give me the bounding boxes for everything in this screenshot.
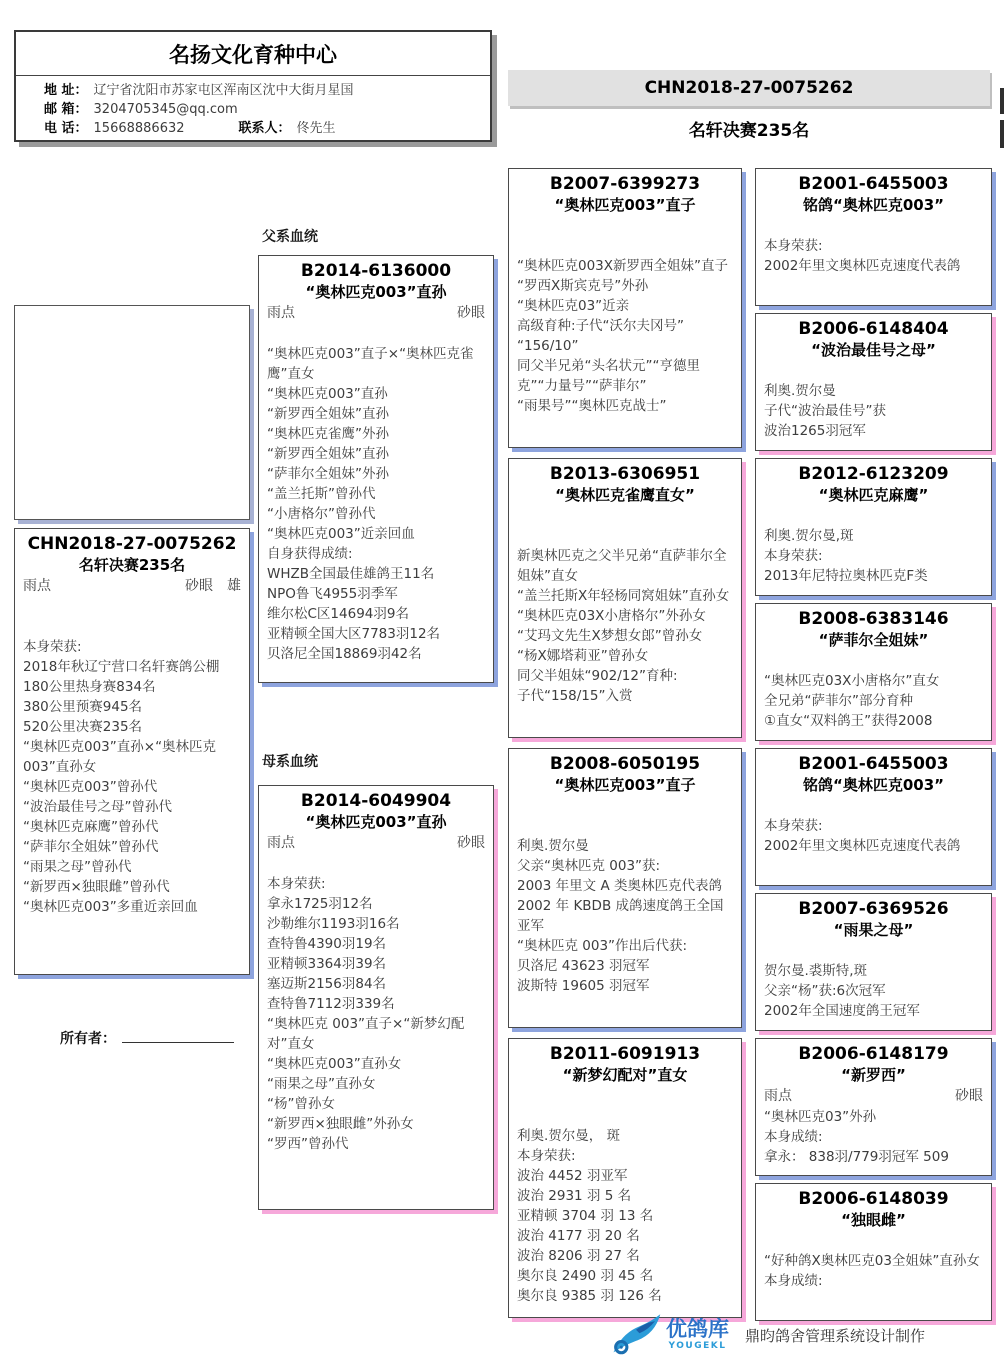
pedigree-line: [517, 216, 733, 236]
pedigree-line: 同父半姐妹“902/12”育种:: [517, 666, 733, 686]
pedigree-line: 沙勒维尔1193羽16名: [267, 914, 485, 934]
grandparents-column: B2007-6399273 “奥林匹克003”直子 “奥林匹克003X新罗西全姐…: [508, 168, 742, 1328]
pigeon-name: “奥林匹克003”直孙: [267, 812, 485, 833]
pedigree-line: 拿永： 838羽/779羽冠军 509: [764, 1147, 983, 1167]
pedigree-box: B2007-6399273 “奥林匹克003”直子 “奥林匹克003X新罗西全姐…: [508, 168, 742, 448]
pedigree-lines: 本身荣获:2002年里文奥林匹克速度代表鸽: [764, 216, 983, 276]
race-result-title: 名轩决赛235名: [508, 116, 990, 141]
pedigree-line: 2003 年里文 A 类奥林匹克代表鸽: [517, 876, 733, 896]
address-value: 辽宁省沈阳市苏家屯区浑南区沈中大街月星国: [94, 83, 354, 98]
pedigree-line: 子代“波治最佳号”获: [764, 401, 983, 421]
pedigree-line: “雨果号”“奥林匹克战士”: [517, 396, 733, 416]
pedigree-line: 亚精顿全国大区7783羽12名: [267, 624, 485, 644]
pigeon-name: “新梦幻配对”直女: [517, 1065, 733, 1086]
pedigree-line: [517, 1086, 733, 1106]
pedigree-line: “156/10”: [517, 336, 733, 356]
pedigree-line: [764, 1231, 983, 1251]
feather-eye-row: 雨点 砂眼: [764, 1086, 983, 1107]
feather-eye-row: 雨点 砂眼: [267, 303, 485, 324]
pedigree-line: 利奥.贺尔曼: [517, 836, 733, 856]
pedigree-lines: 本身荣获:拿永1725羽12名沙勒维尔1193羽16名查特鲁4390羽19名亚精…: [267, 854, 485, 1154]
pedigree-box: B2001-6455003 铭鸽“奥林匹克003” 本身荣获:2002年里文奥林…: [755, 748, 992, 886]
mother-box: B2014-6049904 “奥林匹克003”直孙 雨点 砂眼 本身荣获:拿永1…: [258, 785, 494, 1210]
pedigree-line: “奥林匹克 003”作出后代获:: [517, 936, 733, 956]
pedigree-box: CHN2018-27-0075262 名轩决赛235名 雨点 砂眼 雄 本身荣获…: [14, 528, 250, 975]
pedigree-line: “小唐格尔”曾孙代: [267, 504, 485, 524]
pedigree-line: “奥林匹克003”曾孙代: [23, 777, 241, 797]
pedigree-line: “奥林匹克003”多重近亲回血: [23, 897, 241, 917]
pedigree-line: 亚精顿3364羽39名: [267, 954, 485, 974]
email-label: 邮 箱：: [44, 102, 88, 117]
pigeon-name: “奥林匹克雀鹰直女”: [517, 485, 733, 506]
pedigree-box: B2006-6148404 “波治最佳号之母” 利奥.贺尔曼子代“波治最佳号”获…: [755, 313, 992, 451]
pedigree-line: ①直女“双料鸽王”获得2008: [764, 711, 983, 731]
pedigree-line: “奥林匹克003”直孙: [267, 384, 485, 404]
feather-eye-row: 雨点 砂眼 雄: [23, 576, 241, 597]
mother-line-label: 母系血统: [262, 751, 318, 771]
pedigree-line: “奥林匹克003X新罗西全姐妹”直子: [517, 256, 733, 276]
pigeon-name: 铭鸽“奥林匹克003”: [764, 775, 983, 796]
pedigree-line: “盖兰托斯”曾孙代: [267, 484, 485, 504]
pedigree-line: [267, 324, 485, 344]
pedigree-line: [764, 796, 983, 816]
pedigree-line: [764, 941, 983, 961]
pedigree-line: 本身荣获:: [23, 637, 241, 657]
address-label: 地 址：: [44, 83, 88, 98]
pedigree-line: 贝洛尼全国18869羽42名: [267, 644, 485, 664]
pedigree-line: “雨果之母”曾孙代: [23, 857, 241, 877]
pedigree-line: 查特鲁4390羽19名: [267, 934, 485, 954]
pedigree-line: NPO鲁飞4955羽季军: [267, 584, 485, 604]
eye-color: 砂眼: [457, 833, 485, 854]
pigeon-name: “奥林匹克麻鹰”: [764, 485, 983, 506]
pedigree-line: 2018年秋辽宁营口名轩赛鸽公棚: [23, 657, 241, 677]
pedigree-line: “奥林匹克003”直子×“奥林匹克雀鹰”直女: [267, 344, 485, 384]
pedigree-line: 塞迈斯2156羽84名: [267, 974, 485, 994]
pigeon-name: “奥林匹克003”直子: [517, 195, 733, 216]
feather-color: 雨点: [764, 1086, 792, 1107]
pedigree-line: 父亲“奥林匹克 003”获:: [517, 856, 733, 876]
pedigree-lines: 利奥.贺尔曼子代“波治最佳号”获波治1265羽冠军: [764, 361, 983, 441]
pedigree-box: B2006-6148179 “新罗西” 雨点 砂眼 “奥林匹克03”外孙本身成绩…: [755, 1038, 992, 1176]
ring-number: CHN2018-27-0075262: [23, 533, 241, 555]
pedigree-line: 新奥林匹克之父半兄弟“直萨菲尔全姐妹”直女: [517, 546, 733, 586]
pedigree-line: “杨X娜塔莉亚”曾孙女: [517, 646, 733, 666]
pedigree-box: B2008-6050195 “奥林匹克003”直子 利奥.贺尔曼父亲“奥林匹克 …: [508, 748, 742, 1028]
pedigree-line: “奥林匹克003”直孙×“奥林匹克003”直孙女: [23, 737, 241, 777]
father-line-label: 父系血统: [262, 226, 318, 246]
pedigree-line: [764, 651, 983, 671]
feather-color: 雨点: [267, 303, 295, 324]
pedigree-lines: 贺尔曼.裘斯特,斑父亲“杨”获:6次冠军2002年全国速度鸽王冠军: [764, 941, 983, 1021]
pedigree-line: “萨菲尔全姐妹”曾孙代: [23, 837, 241, 857]
company-name: 名扬文化育种中心: [16, 32, 490, 75]
pedigree-line: “新罗西×独眼雌”外孙女: [267, 1114, 485, 1134]
address-row: 地 址：辽宁省沈阳市苏家屯区浑南区沈中大街月星国: [44, 81, 490, 100]
ring-number: B2006-6148404: [764, 318, 983, 340]
email-row: 邮 箱：3204705345@qq.com: [44, 100, 490, 119]
pedigree-line: 维尔松C区14694羽9名: [267, 604, 485, 624]
pedigree-line: “新罗西全姐妹”直孙: [267, 404, 485, 424]
ring-number: B2008-6383146: [764, 608, 983, 630]
pedigree-line: [517, 1106, 733, 1126]
pedigree-line: “艾玛文先生X梦想女郎”曾孙女: [517, 626, 733, 646]
pedigree-line: 本身成绩:: [764, 1127, 983, 1147]
pedigree-line: 全兄弟“萨菲尔”部分育种: [764, 691, 983, 711]
pedigree-lines: “好种鸽X奥林匹克03全姐妹”直孙女本身成绩:: [764, 1231, 983, 1291]
pedigree-lines: 本身荣获:2018年秋辽宁营口名轩赛鸽公棚180公里热身赛834名380公里预赛…: [23, 597, 241, 917]
pedigree-box: B2007-6369526 “雨果之母” 贺尔曼.裘斯特,斑父亲“杨”获:6次冠…: [755, 893, 992, 1031]
ring-number: B2007-6399273: [517, 173, 733, 195]
contact-label: 联系人：: [239, 121, 291, 136]
pedigree-line: “新罗西×独眼雌”曾孙代: [23, 877, 241, 897]
ring-number: B2008-6050195: [517, 753, 733, 775]
pedigree-lines: “奥林匹克003”直子×“奥林匹克雀鹰”直女“奥林匹克003”直孙“新罗西全姐妹…: [267, 324, 485, 664]
pigeon-name: “奥林匹克003”直孙: [267, 282, 485, 303]
footer: 优鸽库 YOUGEKL 鼎昀鸽舍管理系统设计制作: [610, 1312, 925, 1358]
pedigree-line: 2002年全国速度鸽王冠军: [764, 1001, 983, 1021]
pedigree-lines: “奥林匹克03”外孙本身成绩:拿永： 838羽/779羽冠军 509: [764, 1107, 983, 1167]
pedigree-line: “奥林匹克03”近亲: [517, 296, 733, 316]
pigeon-name: “新罗西”: [764, 1065, 983, 1086]
great-grandparents-column: B2001-6455003 铭鸽“奥林匹克003” 本身荣获:2002年里文奥林…: [755, 168, 992, 1328]
pedigree-box: B2013-6306951 “奥林匹克雀鹰直女” 新奥林匹克之父半兄弟“直萨菲尔…: [508, 458, 742, 738]
pedigree-line: [517, 506, 733, 526]
pedigree-line: [517, 236, 733, 256]
pedigree-line: [23, 597, 241, 617]
pigeon-name: “萨菲尔全姐妹”: [764, 630, 983, 651]
pedigree-box: B2014-6136000 “奥林匹克003”直孙 雨点 砂眼 “奥林匹克003…: [258, 255, 494, 683]
ring-number: B2011-6091913: [517, 1043, 733, 1065]
company-header-box: 名扬文化育种中心 地 址：辽宁省沈阳市苏家屯区浑南区沈中大街月星国 邮 箱：32…: [14, 30, 492, 142]
pedigree-line: 2002年里文奥林匹克速度代表鸽: [764, 836, 983, 856]
pedigree-line: [764, 506, 983, 526]
contact-value: 佟先生: [297, 121, 336, 136]
pedigree-line: 本身荣获:: [267, 874, 485, 894]
father-box: B2014-6136000 “奥林匹克003”直孙 雨点 砂眼 “奥林匹克003…: [258, 255, 494, 683]
ring-number: B2006-6148039: [764, 1188, 983, 1210]
pedigree-line: “新罗西全姐妹”直孙: [267, 444, 485, 464]
company-contact-rows: 地 址：辽宁省沈阳市苏家屯区浑南区沈中大街月星国 邮 箱：3204705345@…: [16, 76, 490, 138]
pedigree-line: “奥林匹克雀鹰”外孙: [267, 424, 485, 444]
credit-text: 鼎昀鸽舍管理系统设计制作: [745, 1325, 925, 1346]
pedigree-line: 2013年尼特拉奥林匹克F类: [764, 566, 983, 586]
ring-number: B2001-6455003: [764, 173, 983, 195]
feather-eye-row: 雨点 砂眼: [267, 833, 485, 854]
pedigree-line: WHZB全国最佳雄鸽王11名: [267, 564, 485, 584]
pedigree-line: “奥林匹克003”近亲回血: [267, 524, 485, 544]
pedigree-line: “好种鸽X奥林匹克03全姐妹”直孙女: [764, 1251, 983, 1271]
ring-number: B2007-6369526: [764, 898, 983, 920]
pedigree-line: [764, 361, 983, 381]
brand-name: 优鸽库: [666, 1318, 729, 1341]
pedigree-line: 贺尔曼.裘斯特,斑: [764, 961, 983, 981]
pigeon-name: 名轩决赛235名: [23, 555, 241, 576]
pigeon-name: “独眼雌”: [764, 1210, 983, 1231]
pigeon-name: “奥林匹克003”直子: [517, 775, 733, 796]
ring-number: B2006-6148179: [764, 1043, 983, 1065]
pedigree-line: “奥林匹克003”直孙女: [267, 1054, 485, 1074]
pedigree-line: “罗西”曾孙代: [267, 1134, 485, 1154]
owner-label: 所有者：: [60, 1031, 116, 1047]
pedigree-box: B2012-6123209 “奥林匹克麻鹰” 利奥.贺尔曼,斑本身荣获:2013…: [755, 458, 992, 596]
pedigree-line: 利奥.贺尔曼: [764, 381, 983, 401]
pigeon-photo-placeholder: [14, 305, 250, 520]
pedigree-line: 贝洛尼 43623 羽冠军: [517, 956, 733, 976]
pedigree-line: 本身荣获:: [517, 1146, 733, 1166]
pedigree-line: 子代“158/15”入赏: [517, 686, 733, 706]
phone-label: 电 话：: [44, 121, 88, 136]
page-edge-mark: [1000, 88, 1004, 114]
pedigree-line: 波治1265羽冠军: [764, 421, 983, 441]
pedigree-line: “波治最佳号之母”曾孙代: [23, 797, 241, 817]
pigeon-name: 铭鸽“奥林匹克003”: [764, 195, 983, 216]
pedigree-line: “雨果之母”直孙女: [267, 1074, 485, 1094]
pedigree-box: B2008-6383146 “萨菲尔全姐妹” “奥林匹克03X小唐格尔”直女全兄…: [755, 603, 992, 741]
pedigree-line: 520公里决赛235名: [23, 717, 241, 737]
pedigree-lines: “奥林匹克03X小唐格尔”直女全兄弟“萨菲尔”部分育种①直女“双料鸽王”获得20…: [764, 651, 983, 731]
owner-blank-line: [122, 1029, 234, 1043]
pedigree-line: 利奥.贺尔曼,斑: [764, 526, 983, 546]
email-value: 3204705345@qq.com: [94, 102, 238, 117]
pedigree-line: “盖兰托斯X年轻杨同窝姐妹”直孙女: [517, 586, 733, 606]
pedigree-box: B2011-6091913 “新梦幻配对”直女 利奥.贺尔曼， 斑本身荣获:波治…: [508, 1038, 742, 1318]
pedigree-lines: 利奥.贺尔曼， 斑本身荣获:波治 4452 羽亚军波治 2931 羽 5 名亚精…: [517, 1086, 733, 1306]
pedigree-lines: “奥林匹克003X新罗西全姐妹”直子“罗西X斯宾克号”外孙“奥林匹克03”近亲高…: [517, 216, 733, 416]
pedigree-line: 本身成绩:: [764, 1271, 983, 1291]
pedigree-line: “奥林匹克 003”直子×“新梦幻配对”直女: [267, 1014, 485, 1054]
ring-number: B2001-6455003: [764, 753, 983, 775]
pedigree-line: 同父半兄弟“头名状元”“亨德里克”“力量号”“萨菲尔”: [517, 356, 733, 396]
pedigree-box: B2001-6455003 铭鸽“奥林匹克003” 本身荣获:2002年里文奥林…: [755, 168, 992, 306]
pedigree-line: 本身荣获:: [764, 546, 983, 566]
brand-text: 优鸽库 YOUGEKL: [666, 1318, 729, 1352]
pedigree-lines: 利奥.贺尔曼父亲“奥林匹克 003”获:2003 年里文 A 类奥林匹克代表鸽2…: [517, 796, 733, 996]
pedigree-line: 波治 4452 羽亚军: [517, 1166, 733, 1186]
phone-value: 15668886632: [94, 121, 185, 136]
pedigree-line: 本身荣获:: [764, 816, 983, 836]
pedigree-line: “奥林匹克03X小唐格尔”外孙女: [517, 606, 733, 626]
pedigree-lines: 新奥林匹克之父半兄弟“直萨菲尔全姐妹”直女“盖兰托斯X年轻杨同窝姐妹”直孙女“奥…: [517, 506, 733, 706]
pedigree-line: 拿永1725羽12名: [267, 894, 485, 914]
pedigree-line: 自身获得成绩:: [267, 544, 485, 564]
pedigree-line: 利奥.贺尔曼， 斑: [517, 1126, 733, 1146]
pedigree-line: [764, 216, 983, 236]
pedigree-line: “萨菲尔全姐妹”外孙: [267, 464, 485, 484]
pedigree-line: “杨”曾孙女: [267, 1094, 485, 1114]
pedigree-box: B2006-6148039 “独眼雌” “好种鸽X奥林匹克03全姐妹”直孙女本身…: [755, 1183, 992, 1321]
pedigree-lines: 本身荣获:2002年里文奥林匹克速度代表鸽: [764, 796, 983, 856]
pedigree-line: 380公里预赛945名: [23, 697, 241, 717]
pigeon-name: “波治最佳号之母”: [764, 340, 983, 361]
pigeon-name: “雨果之母”: [764, 920, 983, 941]
pedigree-line: 高级育种:子代“沃尔夫冈号”: [517, 316, 733, 336]
pedigree-line: “奥林匹克03X小唐格尔”直女: [764, 671, 983, 691]
ring-number: B2014-6136000: [267, 260, 485, 282]
pedigree-lines: 利奥.贺尔曼,斑本身荣获:2013年尼特拉奥林匹克F类: [764, 506, 983, 586]
owner-row: 所有者：: [60, 1028, 234, 1048]
pedigree-line: [517, 526, 733, 546]
ring-number-banner: CHN2018-27-0075262: [508, 70, 990, 106]
eye-color: 砂眼 雄: [185, 576, 241, 597]
pedigree-line: [267, 854, 485, 874]
pedigree-line: [517, 816, 733, 836]
pedigree-line: 180公里热身赛834名: [23, 677, 241, 697]
pedigree-box: B2014-6049904 “奥林匹克003”直孙 雨点 砂眼 本身荣获:拿永1…: [258, 785, 494, 1210]
pedigree-line: “奥林匹克麻鹰”曾孙代: [23, 817, 241, 837]
pedigree-line: “罗西X斯宾克号”外孙: [517, 276, 733, 296]
pedigree-line: “奥林匹克03”外孙: [764, 1107, 983, 1127]
pedigree-line: [23, 617, 241, 637]
pedigree-line: 奥尔良 2490 羽 45 名: [517, 1266, 733, 1286]
pedigree-line: 波治 8206 羽 27 名: [517, 1246, 733, 1266]
subject-pigeon-box: CHN2018-27-0075262 名轩决赛235名 雨点 砂眼 雄 本身荣获…: [14, 528, 250, 975]
phone-row: 电 话：15668886632联系人：佟先生: [44, 119, 490, 138]
ring-number: B2012-6123209: [764, 463, 983, 485]
ring-number: B2013-6306951: [517, 463, 733, 485]
pedigree-line: 波斯特 19605 羽冠军: [517, 976, 733, 996]
pedigree-line: 查特鲁7112羽339名: [267, 994, 485, 1014]
pedigree-line: 波治 2931 羽 5 名: [517, 1186, 733, 1206]
pedigree-line: [517, 796, 733, 816]
pedigree-line: 2002年里文奥林匹克速度代表鸽: [764, 256, 983, 276]
pedigree-line: 2002 年 KBDB 成鸽速度鸽王全国亚军: [517, 896, 733, 936]
pedigree-page: 名扬文化育种中心 地 址：辽宁省沈阳市苏家屯区浑南区沈中大街月星国 邮 箱：32…: [0, 0, 1006, 1366]
pedigree-line: 奥尔良 9385 羽 126 名: [517, 1286, 733, 1306]
pedigree-line: 本身荣获:: [764, 236, 983, 256]
pedigree-line: 父亲“杨”获:6次冠军: [764, 981, 983, 1001]
brand-bird-icon: [610, 1312, 662, 1358]
feather-color: 雨点: [23, 576, 51, 597]
feather-color: 雨点: [267, 833, 295, 854]
brand-subname: YOUGEKL: [669, 1341, 727, 1352]
eye-color: 砂眼: [457, 303, 485, 324]
pedigree-line: 亚精顿 3704 羽 13 名: [517, 1206, 733, 1226]
page-edge-mark: [1000, 120, 1004, 148]
ring-number: B2014-6049904: [267, 790, 485, 812]
pedigree-line: 波治 4177 羽 20 名: [517, 1226, 733, 1246]
eye-color: 砂眼: [955, 1086, 983, 1107]
